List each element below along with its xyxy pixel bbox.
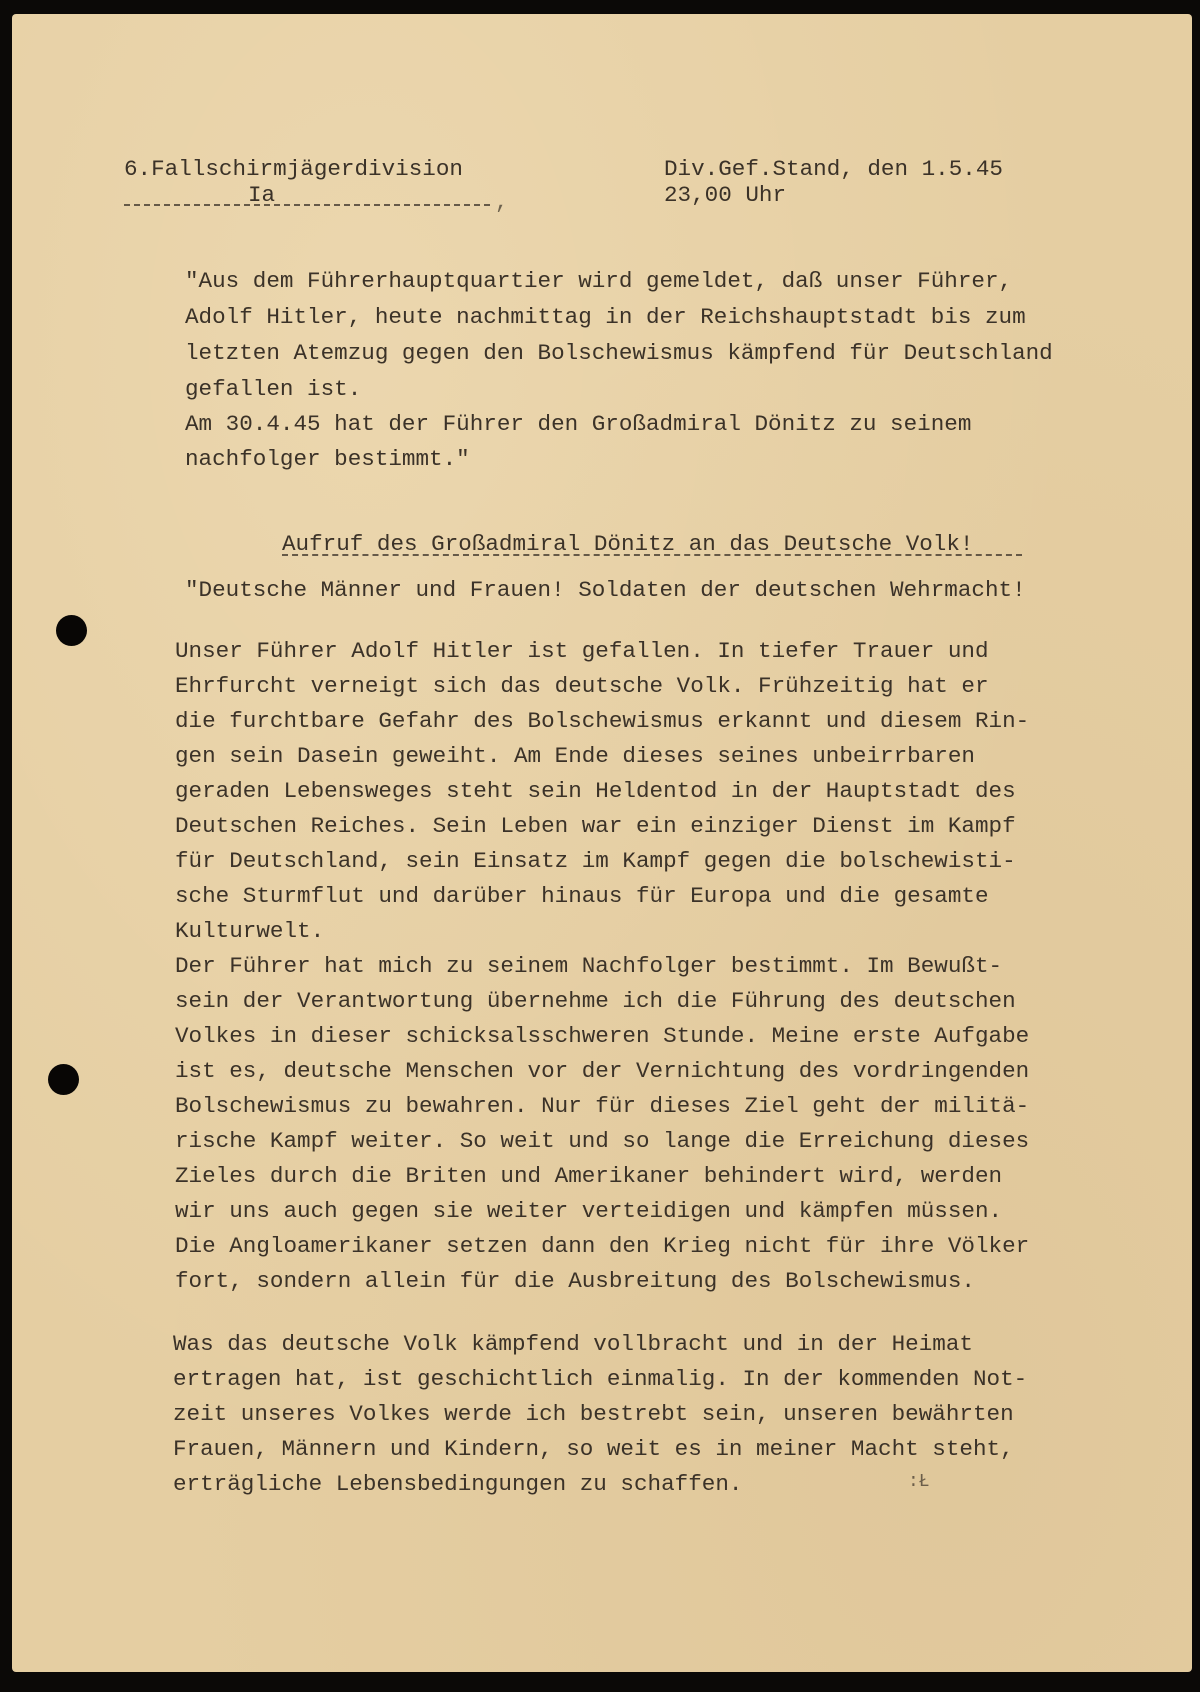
underline-tick-mark: , <box>495 190 508 215</box>
paragraph-line: für Deutschland, sein Einsatz im Kampf g… <box>175 844 1029 879</box>
paragraph-line: Volkes in dieser schicksalsschweren Stun… <box>175 1019 1029 1054</box>
appeal-paragraph-1: Unser Führer Adolf Hitler ist gefallen. … <box>175 634 1029 1299</box>
announcement-block: "Aus dem Führerhauptquartier wird gemeld… <box>185 263 1053 477</box>
paragraph-line: Frauen, Männern und Kindern, so weit es … <box>173 1432 1027 1467</box>
time-stamp: 23,00 Uhr <box>664 178 786 213</box>
appeal-title-underline <box>282 554 1022 556</box>
appeal-salutation: "Deutsche Männer und Frauen! Soldaten de… <box>185 573 1026 608</box>
header-underline <box>124 204 490 206</box>
paragraph-line: sein der Verantwortung übernehme ich die… <box>175 984 1029 1019</box>
ink-mark: :Ł <box>908 1472 930 1492</box>
section-label: Ia <box>248 178 275 213</box>
unit-name: 6.Fallschirmjägerdivision <box>124 152 463 187</box>
paragraph-line: ist es, deutsche Menschen vor der Vernic… <box>175 1054 1029 1089</box>
appeal-paragraph-2: Was das deutsche Volk kämpfend vollbrach… <box>173 1327 1027 1502</box>
paragraph-line: fort, sondern allein für die Ausbreitung… <box>175 1264 1029 1299</box>
appeal-title: Aufruf des Großadmiral Dönitz an das Deu… <box>282 527 973 562</box>
punch-hole-bottom <box>48 1064 79 1095</box>
paragraph-line: erträgliche Lebensbedingungen zu schaffe… <box>173 1467 1027 1502</box>
paragraph-line: gen sein Dasein geweiht. Am Ende dieses … <box>175 739 1029 774</box>
announcement-line: Adolf Hitler, heute nachmittag in der Re… <box>185 299 1053 335</box>
announcement-line: "Aus dem Führerhauptquartier wird gemeld… <box>185 263 1053 299</box>
paragraph-line: Ehrfurcht verneigt sich das deutsche Vol… <box>175 669 1029 704</box>
paragraph-line: Unser Führer Adolf Hitler ist gefallen. … <box>175 634 1029 669</box>
paragraph-line: Die Angloamerikaner setzen dann den Krie… <box>175 1229 1029 1264</box>
paragraph-line: rische Kampf weiter. So weit und so lang… <box>175 1124 1029 1159</box>
paragraph-line: wir uns auch gegen sie weiter verteidige… <box>175 1194 1029 1229</box>
announcement-line: Am 30.4.45 hat der Führer den Großadmira… <box>185 407 1053 442</box>
paragraph-line: Zieles durch die Briten und Amerikaner b… <box>175 1159 1029 1194</box>
paragraph-line: ertragen hat, ist geschichtlich einmalig… <box>173 1362 1027 1397</box>
paragraph-line: Deutschen Reiches. Sein Leben war ein ei… <box>175 809 1029 844</box>
paragraph-line: zeit unseres Volkes werde ich bestrebt s… <box>173 1397 1027 1432</box>
paragraph-line: geraden Lebensweges steht sein Heldentod… <box>175 774 1029 809</box>
paragraph-line: sche Sturmflut und darüber hinaus für Eu… <box>175 879 1029 914</box>
announcement-line: gefallen ist. <box>185 371 1053 407</box>
paragraph-line: Was das deutsche Volk kämpfend vollbrach… <box>173 1327 1027 1362</box>
paragraph-line: Kulturwelt. <box>175 914 1029 949</box>
paragraph-line: Der Führer hat mich zu seinem Nachfolger… <box>175 949 1029 984</box>
announcement-line: nachfolger bestimmt." <box>185 442 1053 477</box>
announcement-line: letzten Atemzug gegen den Bolschewismus … <box>185 335 1053 371</box>
paragraph-line: Bolschewismus zu bewahren. Nur für diese… <box>175 1089 1029 1124</box>
punch-hole-top <box>56 615 87 646</box>
paragraph-line: die furchtbare Gefahr des Bolschewismus … <box>175 704 1029 739</box>
